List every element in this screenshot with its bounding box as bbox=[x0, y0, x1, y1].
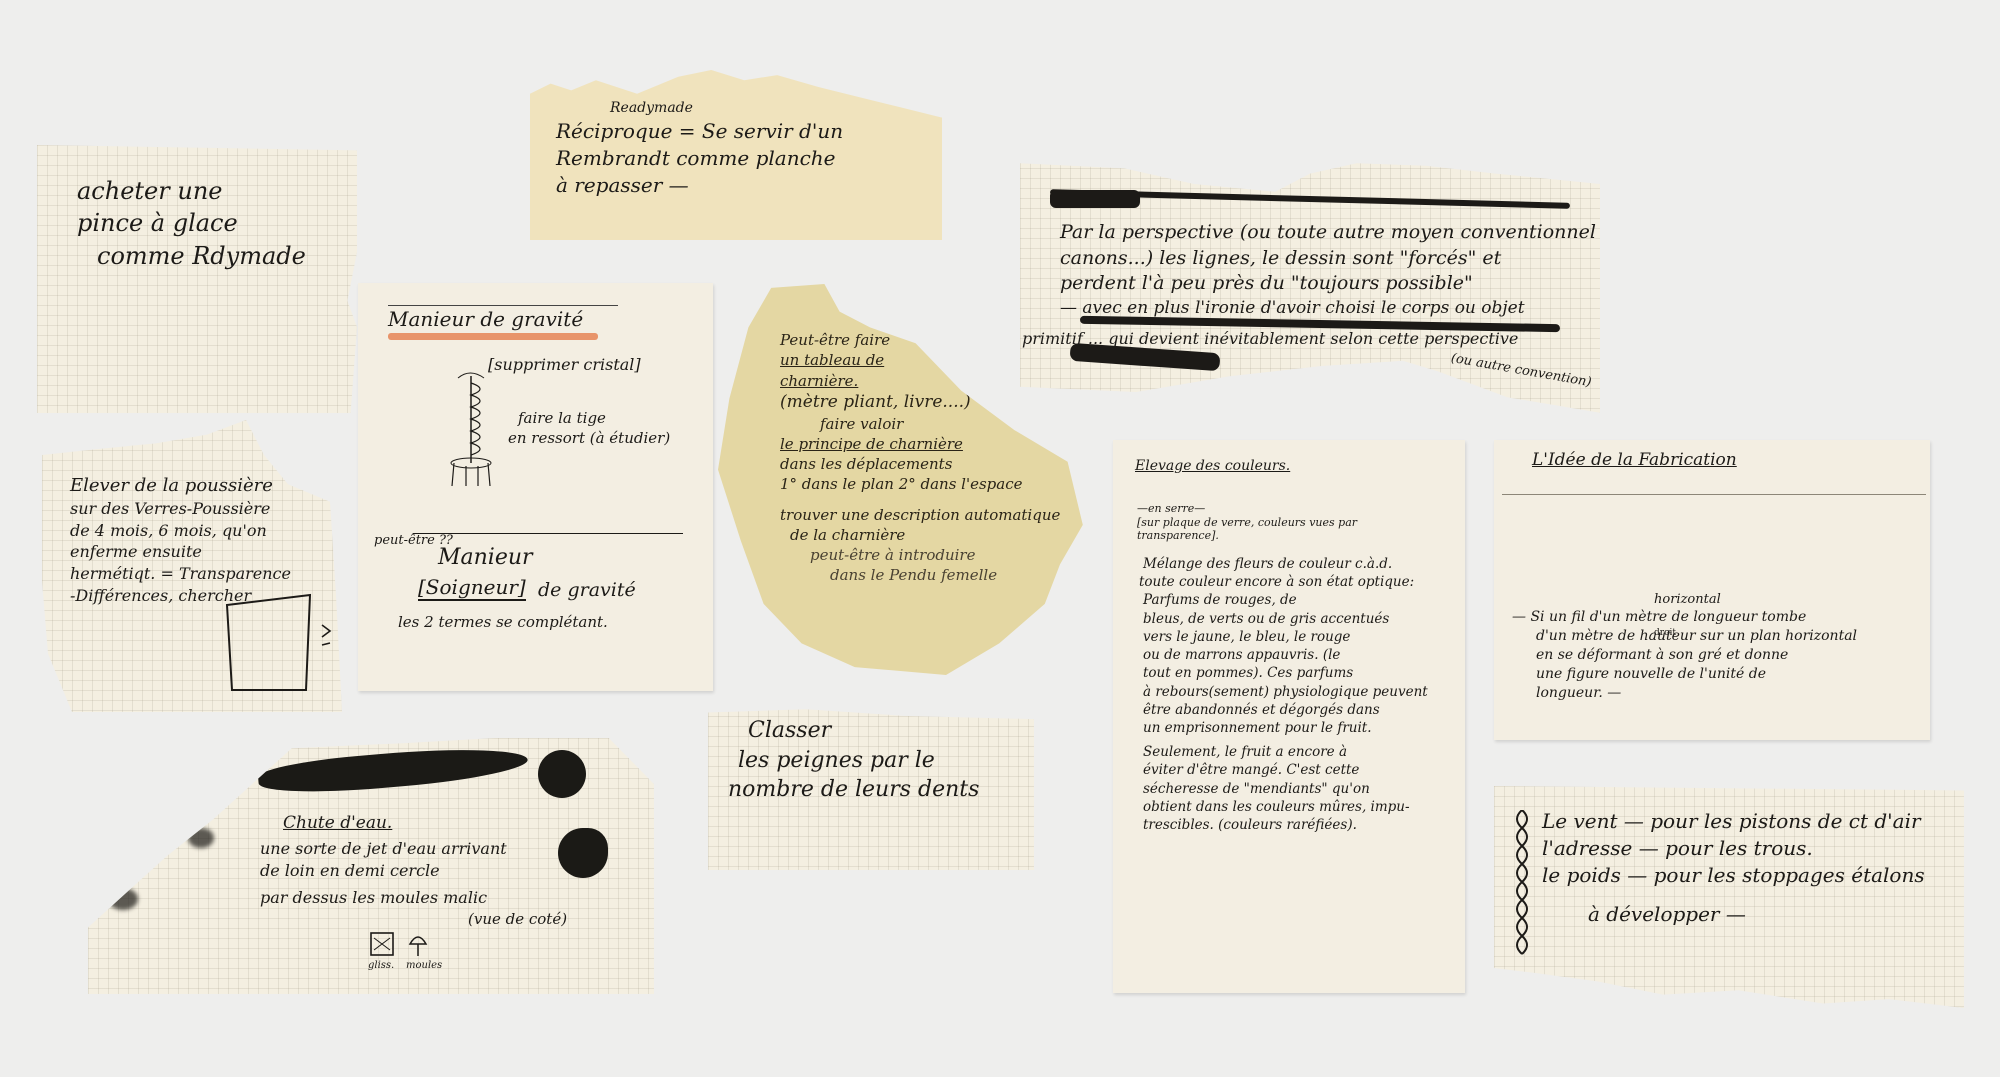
note-line: Réciproque = Se servir d'un bbox=[556, 118, 843, 145]
note-line: par dessus les moules malic bbox=[260, 887, 507, 909]
note-line: primitif ... qui devient inévitablement … bbox=[1022, 328, 1518, 350]
note-line: à rebours(sement) physiologique peuvent bbox=[1143, 683, 1428, 701]
note-line: sur des Verres-Poussière bbox=[70, 498, 291, 520]
note-line: en se déformant à son gré et donne bbox=[1512, 646, 1857, 665]
note-line: Classer bbox=[728, 716, 979, 746]
note-word-boxed: [Soigneur] bbox=[418, 575, 526, 601]
note-line: Le vent — pour les pistons de ct d'air bbox=[1542, 808, 1925, 835]
note-elevage: Elevage des couleurs. —en serre— [sur pl… bbox=[1113, 440, 1465, 993]
note-line: les peignes par le bbox=[728, 746, 979, 776]
note-word: Manieur bbox=[438, 545, 533, 570]
note-line: les 2 termes se complétant. bbox=[398, 613, 608, 631]
sketch-label: gliss. bbox=[368, 960, 394, 971]
glass-sketch-icon bbox=[222, 585, 332, 705]
note-line: Seulement, le fruit a encore à bbox=[1143, 743, 1428, 761]
note-word: de gravité bbox=[538, 579, 636, 601]
note-line: acheter une bbox=[77, 175, 306, 207]
note-insert: horizontal bbox=[1654, 592, 1721, 607]
note-line: (ou autre convention) bbox=[1450, 351, 1593, 390]
note-line: canons...) les lignes, le dessin sont "f… bbox=[1060, 246, 1596, 272]
note-title: L'Idée de la Fabrication bbox=[1532, 450, 1737, 470]
note-line: — Si un fil d'un mètre de longueur tombe bbox=[1512, 608, 1857, 627]
note-title: Elevage des couleurs. bbox=[1135, 458, 1290, 474]
note-line: Elever de la poussière bbox=[70, 474, 291, 498]
note-line: de 4 mois, 6 mois, qu'on bbox=[70, 520, 291, 542]
note-line: à développer — bbox=[1542, 901, 1925, 928]
note-line: tout en pommes). Ces parfums bbox=[1143, 664, 1428, 682]
note-bracket: [supprimer cristal] bbox=[488, 355, 641, 374]
note-line: être abandonnés et dégorgés dans bbox=[1143, 701, 1428, 719]
note-line: bleus, de verts ou de gris accentués bbox=[1143, 610, 1428, 628]
note-line: (mètre pliant, livre....) bbox=[780, 391, 1060, 414]
note-poussiere: Elever de la poussière sur des Verres-Po… bbox=[42, 420, 342, 712]
note-line: obtient dans les couleurs mûres, impu- bbox=[1143, 798, 1428, 816]
note-acheter: acheter une pince à glace comme Rdymade bbox=[37, 145, 357, 413]
note-line: enferme ensuite bbox=[70, 541, 291, 563]
note-line: en ressort (à étudier) bbox=[508, 428, 670, 448]
note-line: toute couleur encore à son état optique: bbox=[1139, 573, 1428, 591]
note-line: d'un mètre de hauteur sur un plan horizo… bbox=[1512, 627, 1857, 646]
note-line: de loin en demi cercle bbox=[260, 860, 507, 882]
note-line: nombre de leurs dents bbox=[728, 775, 979, 805]
note-line: faire la tige bbox=[518, 408, 670, 428]
twisted-cord-icon bbox=[1512, 810, 1532, 960]
note-line: pince à glace bbox=[77, 207, 306, 239]
note-title: Manieur de gravité bbox=[388, 307, 583, 331]
note-line: faire valoir bbox=[780, 414, 1060, 434]
rule-line bbox=[1502, 494, 1926, 495]
ink-blot bbox=[188, 828, 214, 848]
ink-blot bbox=[257, 741, 529, 798]
note-line: Peut-être faire bbox=[780, 330, 1060, 350]
note-bracket: [sur plaque de verre, couleurs vues par … bbox=[1137, 516, 1397, 542]
note-chute: Chute d'eau. une sorte de jet d'eau arri… bbox=[88, 738, 654, 994]
spring-sketch-icon bbox=[438, 368, 508, 488]
note-line: ou de marrons appauvris. (le bbox=[1143, 646, 1428, 664]
note-line: hermétiqt. = Transparence bbox=[70, 563, 291, 585]
note-line: trescibles. (couleurs raréfiées). bbox=[1143, 816, 1428, 834]
ink-blot bbox=[558, 828, 608, 878]
ink-blot bbox=[538, 750, 586, 798]
note-line: charnière. bbox=[780, 371, 1060, 391]
note-line: un tableau de bbox=[780, 350, 1060, 370]
note-reciproque: Readymade Réciproque = Se servir d'un Re… bbox=[530, 70, 942, 240]
note-line: sécheresse de "mendiants" qu'on bbox=[1143, 780, 1428, 798]
note-line: un emprisonnement pour le fruit. bbox=[1143, 719, 1428, 737]
note-line: 1° dans le plan 2° dans l'espace bbox=[780, 474, 1060, 494]
note-line: l'adresse — pour les trous. bbox=[1542, 835, 1925, 862]
note-line: vers le jaune, le bleu, le rouge bbox=[1143, 628, 1428, 646]
rule-line bbox=[388, 305, 618, 306]
note-line: le poids — pour les stoppages étalons bbox=[1542, 862, 1925, 889]
note-line: de la charnière bbox=[780, 525, 1060, 545]
note-line: dans les déplacements bbox=[780, 454, 1060, 474]
scribble-blob bbox=[1050, 190, 1140, 208]
note-line: Rembrandt comme planche bbox=[556, 145, 843, 172]
note-line: perdent l'à peu près du "toujours possib… bbox=[1060, 271, 1596, 297]
moule-sketch-icon bbox=[406, 930, 430, 958]
orange-underline bbox=[388, 333, 598, 340]
note-vent: Le vent — pour les pistons de ct d'air l… bbox=[1494, 786, 1964, 1008]
note-line: trouver une description automatique bbox=[780, 505, 1060, 525]
glissiere-sketch-icon bbox=[368, 930, 396, 958]
note-title: Chute d'eau. bbox=[283, 813, 392, 833]
note-line: Mélange des fleurs de couleur c.à.d. bbox=[1143, 555, 1428, 573]
note-line: Par la perspective (ou toute autre moyen… bbox=[1060, 220, 1596, 246]
note-manieur: Manieur de gravité [supprimer cristal] f… bbox=[358, 283, 713, 691]
ink-blot bbox=[108, 888, 138, 910]
note-classer: Classer les peignes par le nombre de leu… bbox=[708, 706, 1034, 870]
note-annotation: Readymade bbox=[610, 100, 693, 116]
note-line: une figure nouvelle de l'unité de bbox=[1512, 665, 1857, 684]
note-line: (vue de coté) bbox=[468, 910, 567, 928]
note-line: éviter d'être mangé. C'est cette bbox=[1143, 761, 1428, 779]
note-line: peut-être à introduire bbox=[780, 545, 1060, 565]
note-line: comme Rdymade bbox=[77, 240, 306, 272]
note-line: longueur. — bbox=[1512, 684, 1857, 703]
note-line: une sorte de jet d'eau arrivant bbox=[260, 838, 507, 860]
rule-line bbox=[413, 533, 683, 534]
sketch-label: moules bbox=[406, 960, 442, 971]
note-perspective: Par la perspective (ou toute autre moyen… bbox=[1020, 158, 1600, 418]
note-subtitle: —en serre— bbox=[1137, 502, 1205, 515]
note-fabrication: L'Idée de la Fabrication horizontal droi… bbox=[1494, 440, 1930, 740]
note-line: le principe de charnière bbox=[780, 434, 1060, 454]
note-line: dans le Pendu femelle bbox=[780, 565, 1060, 585]
note-line: Parfums de rouges, de bbox=[1143, 591, 1428, 609]
note-line: à repasser — bbox=[556, 172, 843, 199]
